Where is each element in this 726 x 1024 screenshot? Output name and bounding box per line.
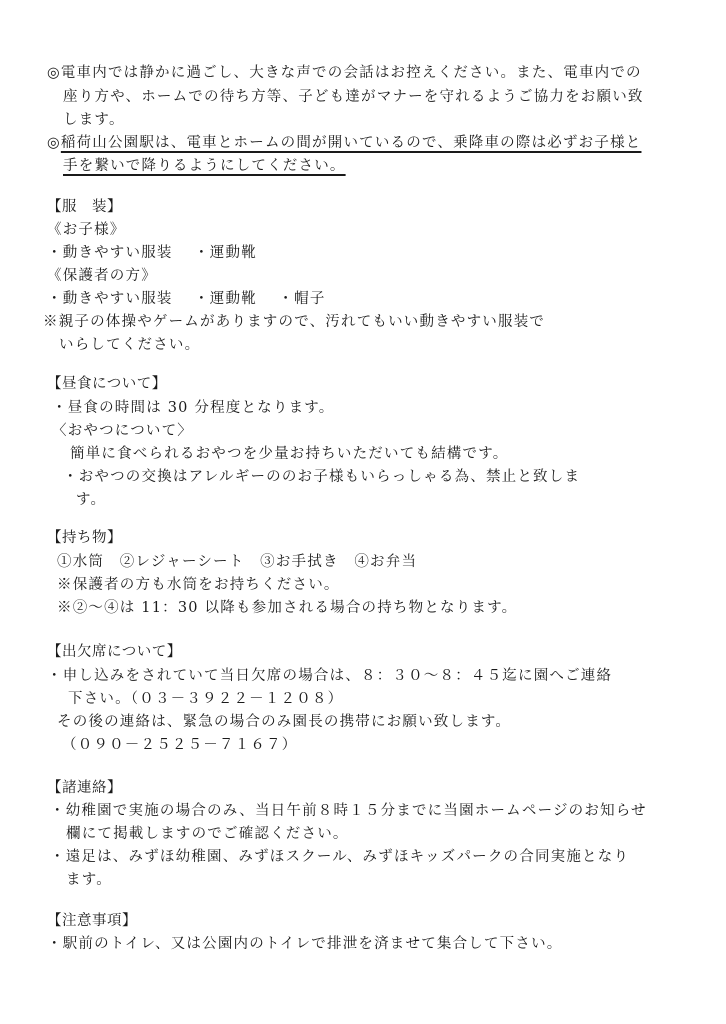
snack-exchange-line2: す。 (76, 490, 106, 510)
contact-item1-line1: ・幼稚園で実施の場合のみ、当日午前８時１５分までに当園ホームページのお知らせ (50, 801, 647, 821)
clothing-children-label: 《お子様》 (47, 220, 126, 240)
contact-item2-line2: ます。 (66, 870, 112, 890)
lunch-heading: 【昼食について】 (47, 374, 167, 394)
attendance-line2: 下さい。（０３－３９２２－１２０８） (68, 689, 343, 709)
contact-heading: 【諸連絡】 (47, 778, 122, 798)
snack-ok: 簡単に食べられるおやつを少量お持ちいただいても結構です。 (70, 444, 508, 464)
clothing-children-items: ・動きやすい服装 ・運動靴 (47, 243, 257, 263)
snack-exchange-line1: ・おやつの交換はアレルギーののお子様もいらっしゃる為、禁止と致しま (63, 467, 580, 487)
attendance-heading: 【出欠席について】 (47, 642, 182, 662)
belongings-items: ①水筒 ②レジャーシート ③お手拭き ④お弁当 (57, 552, 417, 572)
train-manners-line3: します。 (63, 110, 125, 130)
double-circle-marker: ◎ (47, 135, 61, 151)
attendance-line1: ・申し込みをされていて当日欠席の場合は、８：３０～８：４５迄に園へご連絡 (47, 666, 612, 686)
cautions-heading: 【注意事項】 (47, 911, 137, 931)
station-gap-line2: 手を繋いで降りるようにしてください。 (63, 156, 346, 176)
cautions-item1: ・駅前のトイレ、又は公園内のトイレで排泄を済ませて集合して下さい。 (47, 934, 563, 954)
clothing-heading: 【服 装】 (47, 197, 122, 217)
station-gap-text1: 稲荷山公園駅は、電車とホームの間が開いているので、乗降車の際は必ずお子様と (61, 135, 642, 151)
belongings-heading: 【持ち物】 (47, 528, 122, 548)
clothing-guardians-label: 《保護者の方》 (47, 266, 157, 286)
lunch-time: ・昼食の時間は 30 分程度となります。 (52, 398, 335, 418)
station-gap-text2: 手を繋いで降りるようにしてください。 (63, 158, 346, 174)
attendance-phone: （０９０－２５２５－７１６７） (62, 735, 298, 755)
belongings-note2: ※②～④は 11：30 以降も参加される場合の持ち物となります。 (57, 598, 517, 618)
contact-item1-line2: 欄にて掲載しますのでご確認ください。 (66, 824, 349, 844)
train-manners-line2: 座り方や、ホームでの待ち方等、子ども達がマナーを守れるようご協力をお願い致 (63, 87, 644, 107)
clothing-guardians-items: ・動きやすい服装 ・運動靴 ・帽子 (47, 289, 326, 309)
attendance-line3: その後の連絡は、緊急の場合のみ園長の携帯にお願い致します。 (57, 712, 511, 732)
train-manners-line1: ◎電車内では静かに過ごし、大きな声での会話はお控えください。また、電車内での (47, 63, 642, 83)
belongings-note1: ※保護者の方も水筒をお持ちください。 (57, 575, 340, 595)
snack-label: 〈おやつについて〉 (52, 421, 193, 441)
clothing-note-line1: ※親子の体操やゲームがありますので、汚れてもいい動きやすい服装で (43, 312, 545, 332)
contact-item2-line1: ・遠足は、みずほ幼稚園、みずほスクール、みずほキッズパークの合同実施となり (50, 847, 629, 867)
station-gap-line1: ◎稲荷山公園駅は、電車とホームの間が開いているので、乗降車の際は必ずお子様と (47, 133, 641, 153)
clothing-note-line2: いらしてください。 (59, 335, 200, 355)
